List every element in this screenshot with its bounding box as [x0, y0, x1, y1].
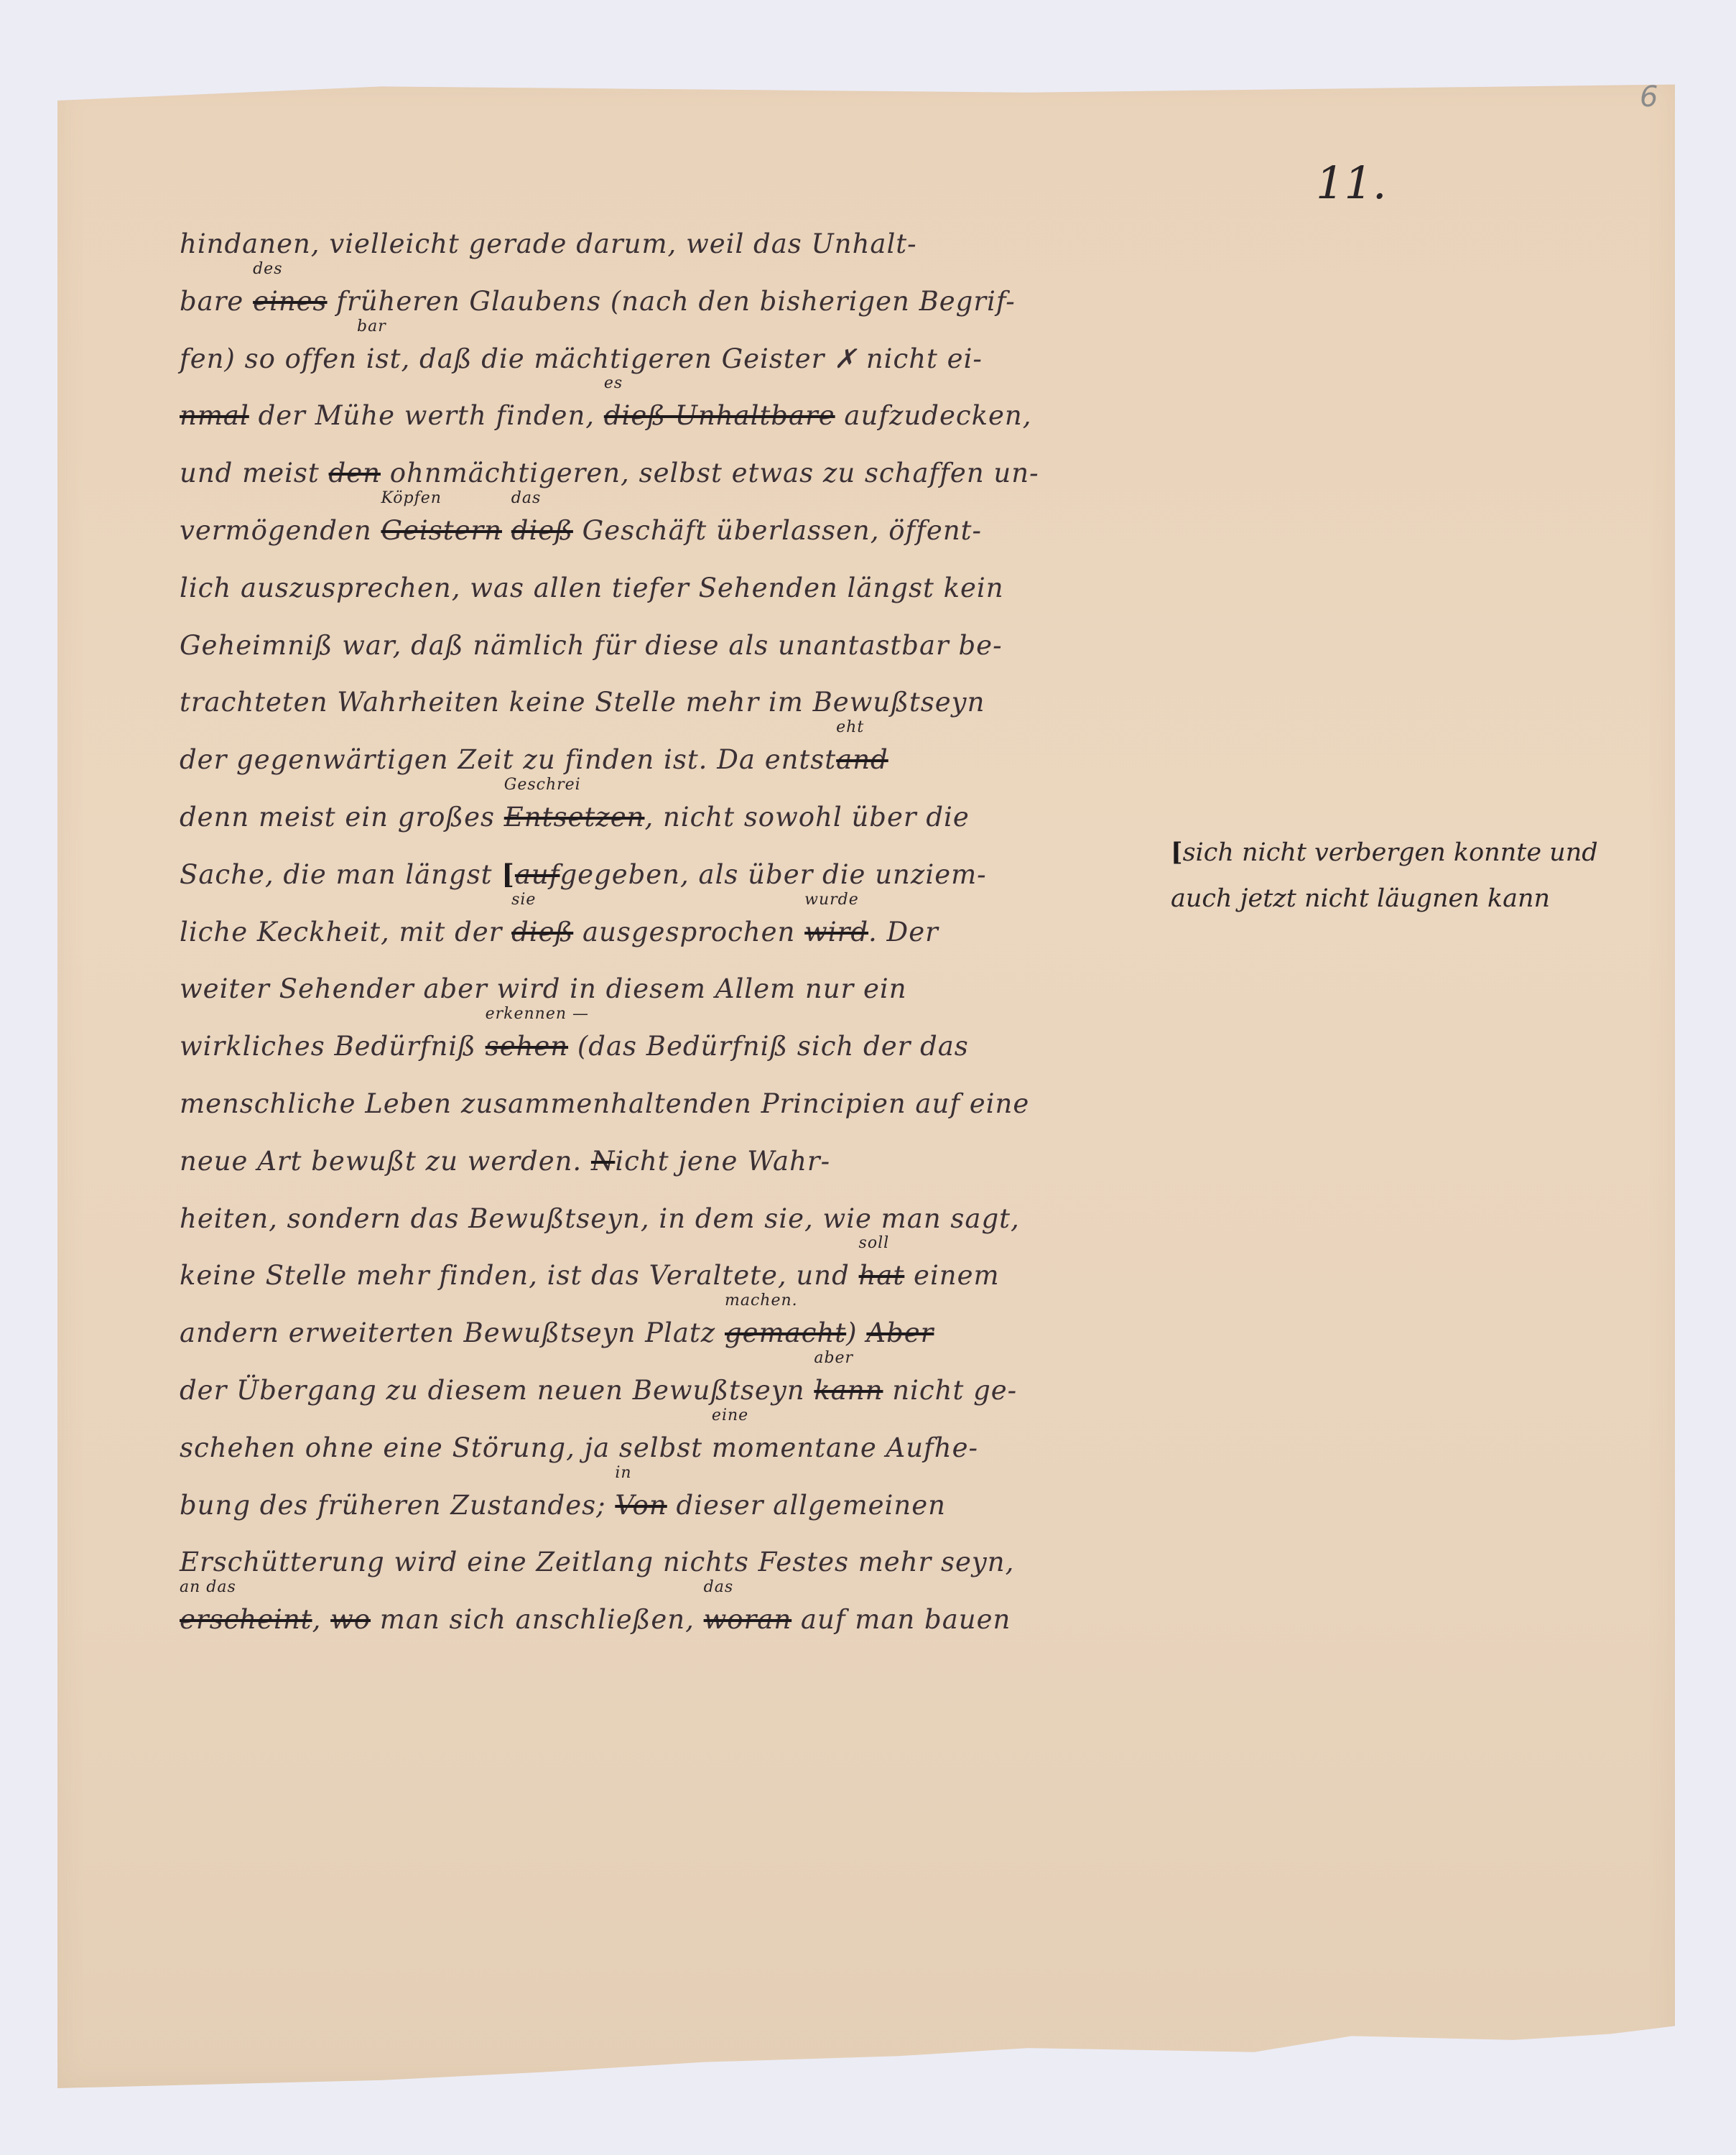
text-line: liche Keckheit, mit der siedieß ausgespr…: [180, 904, 1149, 961]
text-line: lich auszusprechen, was allen tiefer Seh…: [180, 560, 1149, 617]
correction: deseines: [253, 286, 327, 317]
struck-word: and: [836, 744, 888, 775]
line-text: schehen ohne eine Störung, ja selbst: [180, 1432, 712, 1463]
interlinear-insertion: in: [615, 1465, 631, 1481]
text-line: neue Art bewußt zu werden. Nicht jene Wa…: [180, 1133, 1149, 1190]
struck-word: Geistern: [381, 515, 502, 546]
interlinear-insertion: das: [511, 491, 542, 506]
text-line: der gegenwärtigen Zeit zu finden ist. Da…: [180, 731, 1149, 789]
correction: ehtand: [836, 744, 888, 775]
line-text: fen) so offen: [180, 343, 357, 374]
correction: GeschreiEntsetzen: [504, 802, 645, 833]
interlinear-insertion: aber: [814, 1350, 853, 1366]
line-text: nichts Festes mehr seyn,: [663, 1547, 1015, 1577]
interlinear-insertion: an das: [180, 1580, 236, 1595]
interlinear-insertion: bar: [357, 319, 386, 335]
correction: aberkann: [814, 1375, 883, 1406]
margin-note-line: [sich nicht verbergen konnte und: [1171, 830, 1630, 876]
line-text: Erschütterung wird eine Zeitlang: [180, 1547, 663, 1577]
line-text: [502, 515, 511, 546]
line-text: ausgesprochen: [573, 917, 804, 947]
line-text: liche Keckheit, mit der: [180, 917, 511, 947]
line-text: und meist: [180, 458, 329, 488]
struck-word: auf: [515, 859, 560, 890]
text-line: hindanen, vielleicht gerade darum, weil …: [180, 215, 1149, 273]
interlinear-insertion: Köpfen: [381, 491, 442, 506]
line-text: der Mühe werth finden,: [249, 400, 604, 431]
text-line: Erschütterung wird eine Zeitlang nichts …: [180, 1534, 1149, 1591]
struck-word: nmal: [180, 400, 249, 431]
text-line: Geheimniß war, daß nämlich für diese als…: [180, 617, 1149, 675]
text-line: heiten, sondern das Bewußtseyn, in dem s…: [180, 1190, 1149, 1248]
line-text: Sache, die man längst: [180, 859, 501, 890]
struck-word: dieß: [511, 917, 573, 947]
line-text: aufzudecken,: [835, 400, 1032, 431]
struck-word: hat: [859, 1260, 905, 1291]
line-text: , nicht sowohl über die: [644, 802, 969, 833]
correction: erkennen —sehen: [486, 1031, 568, 1062]
text-line: trachteten Wahrheiten keine Stelle mehr …: [180, 674, 1149, 731]
struck-word: dieß: [511, 515, 573, 546]
line-text: der gegenwärtigen Zeit zu finden ist. Da…: [180, 744, 836, 775]
text-line: weiter Sehender aber wird in diesem Alle…: [180, 960, 1149, 1018]
text-line: Sache, die man längst [aufgegeben, als ü…: [180, 846, 1149, 904]
correction: dasworan: [704, 1604, 792, 1635]
correction: siedieß: [511, 917, 573, 947]
text-line: menschliche Leben zusammenhaltenden Prin…: [180, 1075, 1149, 1133]
struck-word: wo: [330, 1604, 371, 1635]
interlinear-insertion: es: [604, 376, 623, 391]
line-text: ist, daß die mächtigeren Geister ✗ nicht…: [357, 343, 983, 374]
line-text: vermögenden: [180, 515, 381, 546]
interlinear-insertion: das: [704, 1580, 734, 1595]
correction: machen.gemacht: [725, 1317, 846, 1348]
line-text: lich auszusprechen, was allen tiefer: [180, 573, 699, 603]
interlinear-insertion: eht: [836, 720, 864, 736]
line-text: weiter Sehender aber wird in diesem Alle…: [180, 973, 907, 1004]
correction: inVon: [615, 1490, 667, 1521]
struck-word: sehen: [486, 1031, 568, 1062]
text-line: bare deseines früheren Glaubens (nach de…: [180, 273, 1149, 330]
struck-word: wird: [804, 917, 868, 947]
line-text: ohnmächtigeren, selbst etwas zu schaffen…: [381, 458, 1039, 488]
text-line: vermögenden KöpfenGeistern dasdieß Gesch…: [180, 502, 1149, 560]
struck-word: Aber: [866, 1317, 934, 1348]
struck-word: erscheint: [180, 1604, 312, 1635]
correction: sollhat: [859, 1260, 905, 1291]
interlinear-insertion: Geschrei: [504, 777, 581, 793]
line-text: heiten, sondern das Bewußtseyn, in dem s…: [180, 1203, 1020, 1234]
struck-word: den: [329, 458, 381, 488]
line-text: nicht ge-: [883, 1375, 1017, 1406]
line-text: . Der: [868, 917, 939, 947]
line-text: ,: [312, 1604, 331, 1635]
margin-note-text: auch jetzt nicht läugnen kann: [1171, 884, 1550, 913]
line-text: gegeben, als über die unziem-: [560, 859, 986, 890]
struck-word: dieß Unhaltbare: [604, 400, 835, 431]
text-line: und meist den ohnmächtigeren, selbst etw…: [180, 445, 1149, 502]
line-text: andern erweiterten Bewußtseyn Platz: [180, 1317, 725, 1348]
line-text: icht jene Wahr-: [615, 1146, 830, 1177]
interlinear-insertion: erkennen —: [486, 1006, 589, 1022]
interlinear-insertion: sie: [511, 892, 536, 908]
interlinear-insertion: soll: [859, 1236, 890, 1251]
interlinear-insertion: machen.: [725, 1293, 798, 1309]
manuscript-body: hindanen, vielleicht gerade darum, weil …: [180, 215, 1149, 1649]
text-line: fen) so offenbar ist, daß die mächtigere…: [180, 330, 1149, 388]
struck-word: woran: [704, 1604, 792, 1635]
line-text: hindanen, vielleicht gerade darum, weil …: [180, 228, 917, 259]
line-text: Geheimniß war, daß nämlich für diese als…: [180, 630, 1003, 661]
interlinear-insertion: eine: [712, 1408, 748, 1424]
struck-word: eines: [253, 286, 327, 317]
line-text: denn meist ein großes: [180, 802, 504, 833]
line-text: einem: [904, 1260, 999, 1291]
correction: KöpfenGeistern: [381, 515, 502, 546]
line-text: der Übergang zu diesem neuen Bewußtseyn: [180, 1375, 814, 1406]
line-text: keine Stelle mehr finden, ist das Veralt…: [180, 1260, 859, 1291]
line-text: ): [846, 1317, 866, 1348]
struck-word: kann: [814, 1375, 883, 1406]
interlinear-insertion: des: [253, 261, 282, 277]
line-text: Geschäft überlassen, öffent-: [573, 515, 982, 546]
line-text: neue Art bewußt zu werden.: [180, 1146, 591, 1177]
insertion-bracket: [: [1171, 838, 1183, 867]
line-text: bung des früheren Zustandes;: [180, 1490, 615, 1521]
text-line: schehen ohne eine Störung, ja selbst ein…: [180, 1419, 1149, 1477]
text-line: bung des früheren Zustandes; inVon diese…: [180, 1477, 1149, 1534]
line-text: Sehenden längst kein: [699, 573, 1004, 603]
text-line: an daserscheint, wo man sich anschließen…: [180, 1591, 1149, 1649]
text-line: andern erweiterten Bewußtseyn Platz mach…: [180, 1304, 1149, 1362]
folio-number-pencil: 6: [1640, 80, 1658, 113]
correction: an daserscheint: [180, 1604, 312, 1635]
line-text: auf man bauen: [792, 1604, 1011, 1635]
margin-note: [sich nicht verbergen konnte und auch je…: [1171, 830, 1630, 922]
correction: esdieß Unhaltbare: [604, 400, 835, 431]
insertion-bracket: [: [501, 858, 515, 890]
struck-word: Entsetzen: [504, 802, 645, 833]
struck-word: Von: [615, 1490, 667, 1521]
text-line: denn meist ein großes GeschreiEntsetzen,…: [180, 789, 1149, 846]
line-text: man sich anschließen,: [371, 1604, 704, 1635]
interlinear-insertion: wurde: [804, 892, 859, 908]
margin-note-text: sich nicht verbergen konnte und: [1183, 838, 1598, 867]
line-text: früheren Glaubens (nach den bisherigen B…: [328, 286, 1016, 317]
text-line: nmal der Mühe werth finden, esdieß Unhal…: [180, 387, 1149, 445]
text-line: keine Stelle mehr finden, ist das Veralt…: [180, 1247, 1149, 1304]
line-text: wirkliches Bedürfniß: [180, 1031, 486, 1062]
struck-word: N: [591, 1146, 615, 1177]
struck-word: gemacht: [725, 1317, 846, 1348]
text-line: der Übergang zu diesem neuen Bewußtseyn …: [180, 1362, 1149, 1419]
line-text: trachteten Wahrheiten keine Stelle mehr …: [180, 687, 985, 718]
line-text: dieser allgemeinen: [667, 1490, 946, 1521]
line-text: (das Bedürfniß sich der das: [568, 1031, 969, 1062]
margin-note-line: auch jetzt nicht läugnen kann: [1171, 876, 1630, 922]
line-text: menschliche Leben zusammenhaltenden Prin…: [180, 1088, 1029, 1119]
page-number: 11.: [1316, 157, 1387, 209]
correction: wurdewird: [804, 917, 868, 947]
line-text: bare: [180, 286, 253, 317]
correction: dasdieß: [511, 515, 573, 546]
text-line: wirkliches Bedürfniß erkennen —sehen (da…: [180, 1018, 1149, 1075]
line-text: momentane Aufhe-: [712, 1432, 978, 1463]
